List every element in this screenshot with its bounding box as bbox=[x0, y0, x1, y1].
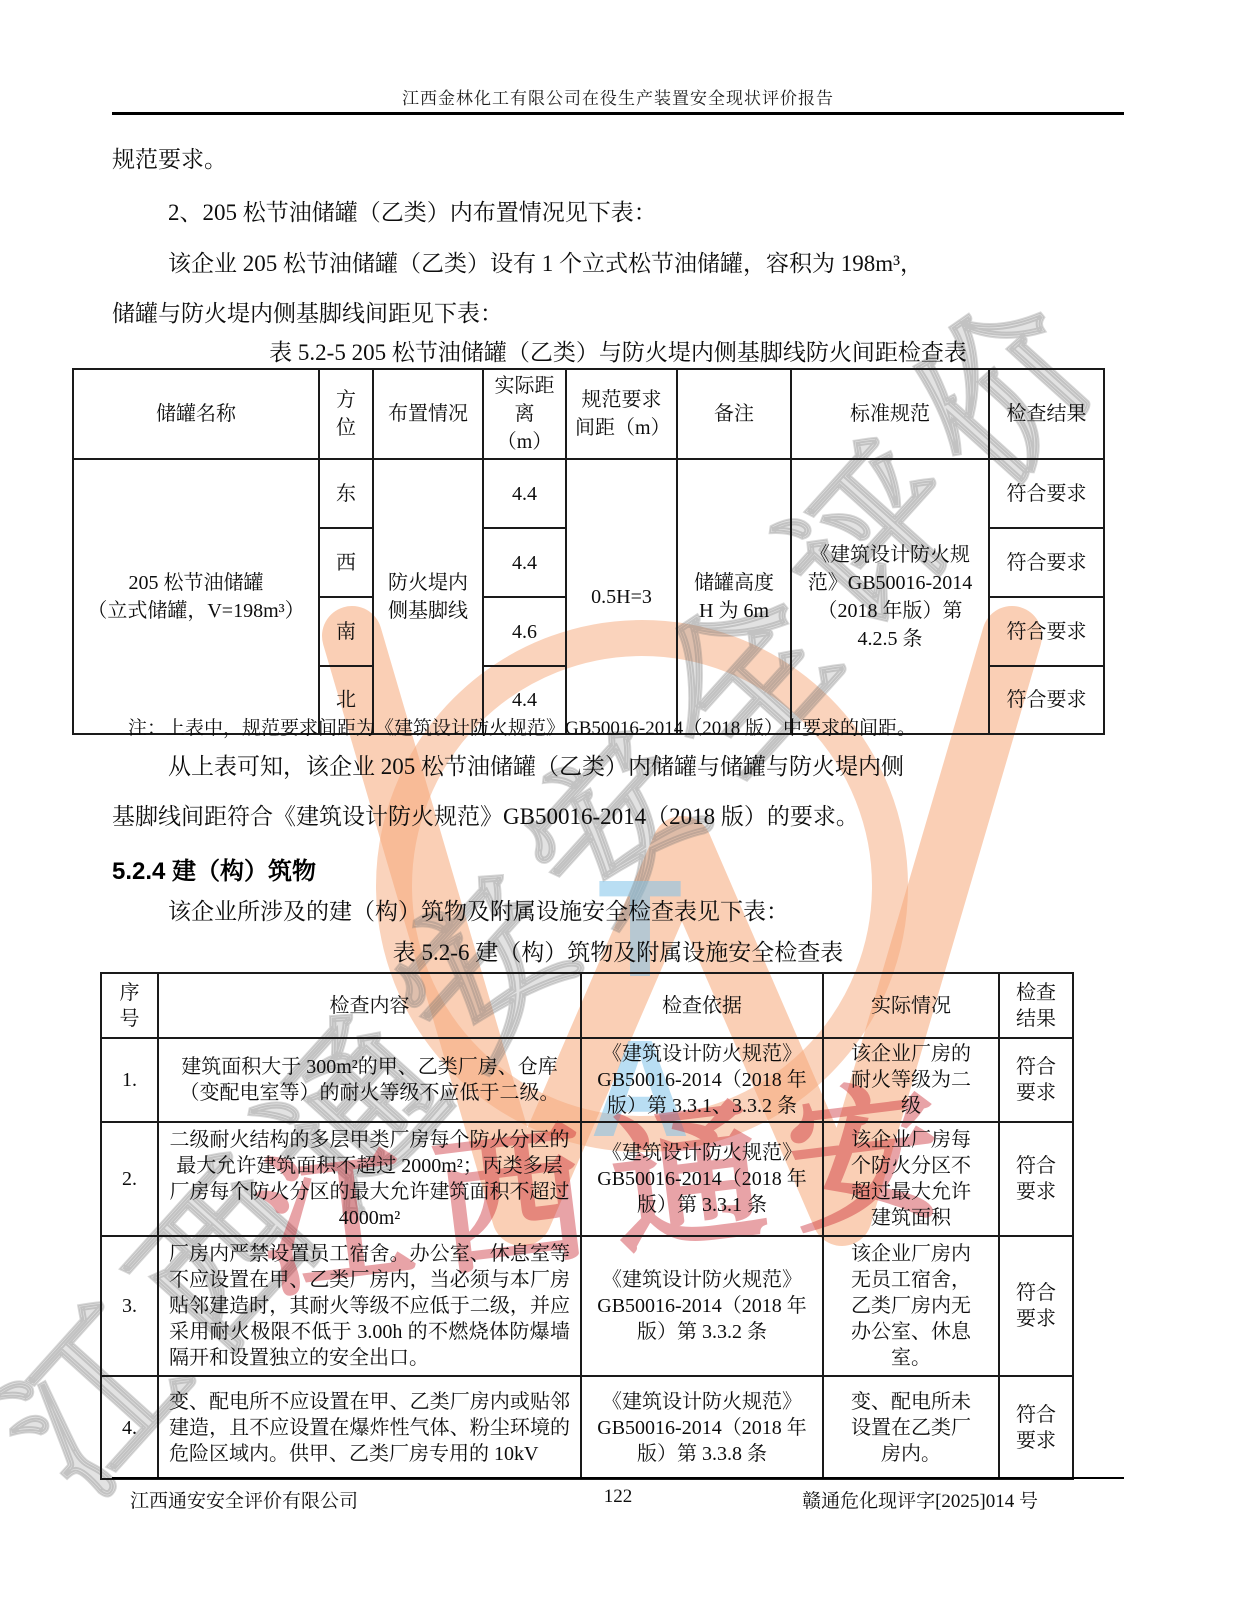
check-basis: 《建筑设计防火规范》GB50016-2014（2018 年版）第 3.3.2 条 bbox=[581, 1236, 823, 1376]
row-no: 4. bbox=[101, 1376, 158, 1479]
table-header-row: 序号 检查内容 检查依据 实际情况 检查结果 bbox=[101, 973, 1073, 1038]
col-header-tank-name: 储罐名称 bbox=[73, 369, 319, 459]
check-result: 符合要求 bbox=[999, 1236, 1073, 1376]
actual-situation: 变、配电所未设置在乙类厂房内。 bbox=[823, 1376, 999, 1479]
footer-doc-number: 赣通危化现评字[2025]014 号 bbox=[802, 1486, 1038, 1513]
check-content: 变、配电所不应设置在甲、乙类厂房内或贴邻建造，且不应设置在爆炸性气体、粉尘环境的… bbox=[158, 1376, 581, 1479]
check-result: 符合要求 bbox=[999, 1038, 1073, 1122]
distance-cell: 4.4 bbox=[483, 528, 566, 597]
table-row: 2. 二级耐火结构的多层甲类厂房每个防火分区的最大允许建筑面积不超过 2000m… bbox=[101, 1122, 1073, 1236]
col-header-remark: 备注 bbox=[677, 369, 791, 459]
col-header-actual: 实际情况 bbox=[823, 973, 999, 1038]
check-basis: 《建筑设计防火规范》GB50016-2014（2018 年版）第 3.3.1、3… bbox=[581, 1038, 823, 1122]
check-content: 厂房内严禁设置员工宿舍。办公室、休息室等不应设置在甲、乙类厂房内，当必须与本厂房… bbox=[158, 1236, 581, 1376]
page-header-title: 江西金林化工有限公司在役生产装置安全现状评价报告 bbox=[0, 84, 1236, 109]
col-header-no: 序号 bbox=[101, 973, 158, 1038]
col-header-required-spacing: 规范要求间距（m） bbox=[566, 369, 677, 459]
col-header-result: 检查结果 bbox=[999, 973, 1073, 1038]
result-cell: 符合要求 bbox=[989, 528, 1104, 597]
table-header-row: 储罐名称 方位 布置情况 实际距离（m） 规范要求间距（m） 备注 标准规范 检… bbox=[73, 369, 1104, 459]
result-cell: 符合要求 bbox=[989, 666, 1104, 734]
footer-rule bbox=[112, 1477, 1124, 1479]
direction-cell: 东 bbox=[319, 459, 373, 528]
col-header-actual-distance: 实际距离（m） bbox=[483, 369, 566, 459]
check-result: 符合要求 bbox=[999, 1376, 1073, 1479]
table-row: 1. 建筑面积大于 300m²的甲、乙类厂房、仓库（变配电室等）的耐火等级不应低… bbox=[101, 1038, 1073, 1122]
direction-cell: 西 bbox=[319, 528, 373, 597]
paragraph-tank-line1: 该企业 205 松节油储罐（乙类）设有 1 个立式松节油储罐，容积为 198m³… bbox=[168, 250, 923, 278]
row-no: 3. bbox=[101, 1236, 158, 1376]
paragraph-tank-line2: 储罐与防火堤内侧基脚线间距见下表： bbox=[112, 300, 503, 328]
required-spacing-cell: 0.5H=3 bbox=[566, 459, 677, 734]
col-header-standard: 标准规范 bbox=[791, 369, 989, 459]
paragraph-intro-tail: 规范要求。 bbox=[112, 146, 227, 174]
page-number: 122 bbox=[0, 1486, 1236, 1508]
table-row: 205 松节油储罐 （立式储罐，V=198m³） 东 防火堤内侧基脚线 4.4 … bbox=[73, 459, 1104, 528]
direction-cell: 南 bbox=[319, 597, 373, 666]
check-basis: 《建筑设计防火规范》GB50016-2014（2018 年版）第 3.3.1 条 bbox=[581, 1122, 823, 1236]
standard-cell: 《建筑设计防火规范》GB50016-2014（2018 年版）第 4.2.5 条 bbox=[791, 459, 989, 734]
actual-situation: 该企业厂房的耐火等级为二级 bbox=[823, 1038, 999, 1122]
result-cell: 符合要求 bbox=[989, 597, 1104, 666]
header-rule bbox=[112, 112, 1124, 115]
table-row: 3. 厂房内严禁设置员工宿舍。办公室、休息室等不应设置在甲、乙类厂房内，当必须与… bbox=[101, 1236, 1073, 1376]
actual-situation: 该企业厂房内无员工宿舍，乙类厂房内无办公室、休息室。 bbox=[823, 1236, 999, 1376]
layout-cell: 防火堤内侧基脚线 bbox=[373, 459, 483, 734]
row-no: 2. bbox=[101, 1122, 158, 1236]
tank-name-cell: 205 松节油储罐 （立式储罐，V=198m³） bbox=[73, 459, 319, 734]
distance-cell: 4.4 bbox=[483, 459, 566, 528]
remark-cell: 储罐高度 H 为 6m bbox=[677, 459, 791, 734]
paragraph-item2: 2、205 松节油储罐（乙类）内布置情况见下表： bbox=[168, 199, 657, 227]
table2-title: 表 5.2-6 建（构）筑物及附属设施安全检查表 bbox=[0, 934, 1236, 967]
row-no: 1. bbox=[101, 1038, 158, 1122]
col-header-direction: 方位 bbox=[319, 369, 373, 459]
actual-situation: 该企业厂房每个防火分区不超过最大允许建筑面积 bbox=[823, 1122, 999, 1236]
check-content: 二级耐火结构的多层甲类厂房每个防火分区的最大允许建筑面积不超过 2000m²；丙… bbox=[158, 1122, 581, 1236]
tank-name-line1: 205 松节油储罐 bbox=[129, 572, 264, 594]
buildings-intro: 该企业所涉及的建（构）筑物及附属设施安全检查表见下表： bbox=[168, 898, 789, 926]
conclusion-line1: 从上表可知，该企业 205 松节油储罐（乙类）内储罐与储罐与防火堤内侧 bbox=[168, 753, 904, 781]
page-content: 江西金林化工有限公司在役生产装置安全现状评价报告 规范要求。 2、205 松节油… bbox=[0, 0, 1236, 1600]
tank-name-line2: （立式储罐，V=198m³） bbox=[87, 600, 304, 622]
col-header-basis: 检查依据 bbox=[581, 973, 823, 1038]
col-header-result: 检查结果 bbox=[989, 369, 1104, 459]
table1-note: 注：上表中，规范要求间距为《建筑设计防火规范》GB50016-2014（2018… bbox=[128, 713, 916, 740]
check-result: 符合要求 bbox=[999, 1122, 1073, 1236]
conclusion-line2: 基脚线间距符合《建筑设计防火规范》GB50016-2014（2018 版）的要求… bbox=[112, 803, 859, 831]
distance-cell: 4.6 bbox=[483, 597, 566, 666]
table-row: 4. 变、配电所不应设置在甲、乙类厂房内或贴邻建造，且不应设置在爆炸性气体、粉尘… bbox=[101, 1376, 1073, 1479]
section-heading: 5.2.4 建（构）筑物 bbox=[112, 851, 316, 886]
table1-title: 表 5.2-5 205 松节油储罐（乙类）与防火堤内侧基脚线防火间距检查表 bbox=[0, 334, 1236, 367]
col-header-layout: 布置情况 bbox=[373, 369, 483, 459]
check-content: 建筑面积大于 300m²的甲、乙类厂房、仓库（变配电室等）的耐火等级不应低于二级… bbox=[158, 1038, 581, 1122]
result-cell: 符合要求 bbox=[989, 459, 1104, 528]
building-check-table: 序号 检查内容 检查依据 实际情况 检查结果 1. 建筑面积大于 300m²的甲… bbox=[100, 972, 1074, 1480]
document-page: 江西通安安全评价 TA 江西通安 江西金林化工有限公司在役生产装置安全现状评价报… bbox=[0, 0, 1236, 1600]
fire-distance-table: 储罐名称 方位 布置情况 实际距离（m） 规范要求间距（m） 备注 标准规范 检… bbox=[72, 368, 1105, 735]
check-basis: 《建筑设计防火规范》GB50016-2014（2018 年版）第 3.3.8 条 bbox=[581, 1376, 823, 1479]
col-header-content: 检查内容 bbox=[158, 973, 581, 1038]
